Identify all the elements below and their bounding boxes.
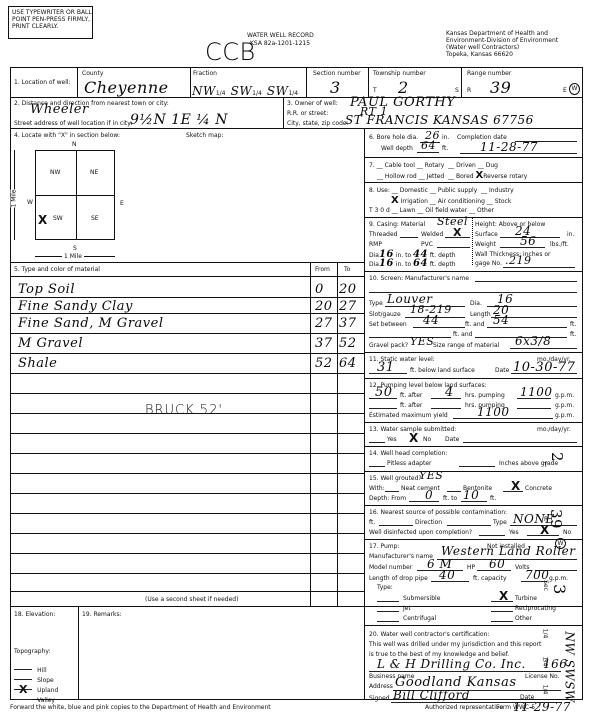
gpm-unit-2: g.p.m. [555,402,574,409]
agency-line: Topeka, Kansas 66620 [446,51,558,58]
material-from: 0 [315,282,324,297]
with-label: With: [369,485,385,492]
mile-vertical: 1 Mile [10,190,17,208]
type-turbine: Turbine [515,595,537,602]
sample-no: No [423,436,431,443]
material-name: Fine Sandy Clay [18,299,133,314]
drill-method[interactable]: 7. __ Cable tool __ Rotary __ Driven __ … [369,162,498,169]
opt-dug: Dug [486,162,498,169]
model-label: Model number [369,564,412,571]
street-label: Street address of well location if in ci… [14,120,132,127]
county-value[interactable]: Cheyenne [84,78,169,97]
opt-lawn: Lawn [400,207,416,214]
material-to: 27 [339,299,357,314]
use-margin-note: T 3 0 d [369,207,390,214]
well-depth[interactable]: 64 [421,139,436,152]
sample-date-label: Date [445,436,459,443]
drop-pipe-label: Length of drop pipe [369,575,428,582]
quad-se: SE [91,215,99,222]
contam-direction: Direction [415,519,442,526]
section-label: Section number [313,70,361,77]
fraction-q2: SW [231,84,253,98]
sketch-label: Sketch map: [186,132,223,139]
nearest-town[interactable]: Wheeler [30,102,89,117]
margin-section: 3 [550,584,569,595]
size-range-label: Size range of material [433,342,499,349]
rr-label: R.R. or street: [287,110,328,117]
range-label: Range number [467,70,511,77]
margin-range: 39 [547,509,565,529]
drill-method-row2[interactable]: __ Hollow rod __ Jetted __ Bored XRevers… [377,172,527,180]
use-row3[interactable]: T 3 0 d __ Lawn __ Oil field water __ Ot… [369,207,494,214]
type-jet[interactable]: Jet [403,605,411,612]
threaded-label: Threaded [369,231,397,238]
weight-unit: lbs./ft. [550,241,569,248]
gravel-label: Gravel pack? [369,342,408,349]
depth-ft: ft. [442,145,448,152]
set-ft-2: ft. [570,331,576,338]
screen-label: 10. Screen: Manufacturer's name [369,275,469,282]
opt-driven: Driven [456,162,476,169]
length-label: Length [470,311,491,318]
fraction-q3: SW [267,84,289,98]
hp-value[interactable]: 60 [489,557,505,571]
pvc-label: PVC [421,241,433,248]
material-name: Top Soil [18,282,75,297]
fraction-q1: NW [192,84,216,98]
opt-irrigation: Irrigation [401,198,428,205]
contamination-label: 16. Nearest source of possible contamina… [369,509,507,516]
opt-reverse: Reverse rotary [483,173,527,180]
material-to: 37 [339,316,357,331]
set-from[interactable]: 44 [423,313,439,327]
quarter-label: 1/4 [288,90,298,97]
screen-dia-label: Dia. [470,300,482,307]
pump-label: 17. Pump: [369,543,399,550]
location-mark: X [38,213,47,227]
drop-pipe-value[interactable]: 40 [439,568,455,582]
remarks-field[interactable] [80,620,362,698]
quarter-label: 1/4 [252,90,262,97]
material-from: 37 [315,336,333,351]
material-from: 52 [315,356,333,371]
max-yield-label: Estimated maximum yield [369,412,448,419]
material-to: 52 [339,336,357,351]
ft-after-2: ft. after [400,402,422,409]
grout-ft-to: ft. to [443,495,457,502]
completion-date[interactable]: 11-28-77 [480,140,538,154]
material-name: M Gravel [18,336,83,351]
use-label: 8. Use: [369,187,390,194]
fraction-label: Fraction [193,70,217,77]
opt-jetted: Jetted [427,173,445,180]
set-ft: ft. [570,321,576,328]
instruction-line: POINT PEN-PRESS FIRMLY, [12,16,89,23]
valley-mark: X [19,683,27,696]
grouted-label: 15. Well grouted? [369,475,422,482]
max-yield[interactable]: 1100 [477,405,510,419]
material-from: 27 [315,316,333,331]
material-name: Fine Sand, M Gravel [18,316,163,331]
opt-cable: Cable tool [385,162,415,169]
range-e: E [563,87,567,94]
gage-value[interactable]: .219 [505,254,532,267]
weight-label: Weight [475,241,496,248]
opt-stock: Stock [495,198,512,205]
form-number: Form WWC-5 [496,704,535,711]
second-sheet-note: (Use a second sheet if needed) [145,596,238,603]
surface-in: in. [567,231,574,238]
dia-label: Dia [369,252,379,259]
neat-cement[interactable]: Neat cement [401,485,440,492]
remarks-label: 19. Remarks: [82,611,122,618]
address-label: Address [369,683,393,690]
depth-label: Well depth [381,145,413,152]
sample-no-mark[interactable]: X [409,431,418,445]
certification-label: 20. Water well contractor's certificatio… [369,631,489,638]
section-grid[interactable]: NW NE SW SE X [35,150,115,240]
size-range-value[interactable]: 6x3/8 [515,334,551,348]
sample-mdy: mo./day/yr. [537,426,571,433]
bore-in: in. [442,134,449,141]
township-label: Township number [373,70,426,77]
opt-other: Other [477,207,494,214]
locate-label: 4. Locate with "X" in section below: [14,132,120,139]
business-name[interactable]: L & H Drilling Co. Inc. [377,657,526,671]
set-between-label: Set between [369,321,407,328]
irrigation-mark: X [391,195,399,206]
topo-valley[interactable]: ValleyX [14,687,58,697]
grout-ft: ft. [490,495,496,502]
instruction-line: USE TYPEWRITER OR BALL [12,9,89,16]
margin-t-label: T [544,462,548,469]
surface-label: Surface [475,231,498,238]
disinfected-yes[interactable]: Yes [509,529,519,536]
opt-rotary: Rotary [425,162,445,169]
to2-value: 64 [413,258,428,269]
use-row1[interactable]: 8. Use: __ Domestic __ Public supply __ … [369,187,514,194]
city-label: City, state, zip code: [287,120,349,127]
elevation-label: 18. Elevation: [14,611,55,618]
ft-depth: ft. depth [430,261,456,268]
contam-ft: ft. [369,519,375,526]
wellhead-label: 14. Well head completion: [369,450,447,457]
ft-and: ft. and [465,321,484,328]
to-header: To [344,266,350,273]
rmp-label: RMP [369,241,382,248]
form-statute: KSA 82a-1201-1215 [250,40,310,47]
compass-w: W [27,199,33,206]
gpm-unit-3: g.p.m. [555,412,574,419]
dia2-value: 16 [379,258,394,269]
range-r: R [467,87,471,94]
from-header: From [315,266,330,273]
grouted-value[interactable]: YES [419,469,443,482]
type-centrifugal[interactable]: Centrifugal [403,615,436,622]
material-annotation: BRUCK 52' [145,403,223,418]
use-row2[interactable]: X Irrigation __ Air conditioning __ Stoc… [391,197,511,205]
ft-and-2: ft. and [453,331,472,338]
range-w-circled[interactable]: W [569,83,580,95]
grout-to[interactable]: 10 [463,488,479,502]
margin-quarter: 1/4 [541,685,548,695]
authorized-rep-label: Authorized representative [425,704,503,711]
set-to[interactable]: 54 [493,313,509,327]
welded-label: Welded [421,231,443,238]
opt-hollow: Hollow rod [385,173,417,180]
instructions-box: USE TYPEWRITER OR BALL POINT PEN-PRESS F… [8,6,93,39]
compass-e: E [120,200,124,207]
township-s: S [455,87,459,94]
ft-after: ft. after [400,392,422,399]
agency-line: (Water well Contractors) [446,44,558,51]
below-surface: ft. below land surface [410,367,475,374]
agency-block: Kansas Department of Health and Environm… [446,30,558,58]
agency-line: Kansas Department of Health and [446,30,558,37]
township-t: T [373,87,377,94]
range-value[interactable]: 39 [490,78,511,97]
margin-sec-label: Sec [542,580,549,591]
static-date-label: Date [495,367,509,374]
opt-domestic: Domestic [400,187,428,194]
topography-options: Hill Slope Upland ValleyX [14,657,58,697]
city-value[interactable]: ST FRANCIS KANSAS 67756 [345,113,534,127]
opt-bored: Bored [456,173,474,180]
gage-label: gage No. [475,260,502,267]
bore-label: 6. Bore hole dia. [369,134,418,141]
signature[interactable]: Bill Clifford [393,688,470,702]
signed-label: Signed [369,695,390,702]
pump-type-label: Type: [377,584,393,591]
type-submersible[interactable]: Submersible [403,595,440,602]
dia-label: Dia [369,261,379,268]
hp-label: HP [467,564,475,571]
owner-label: 3. Owner of well: [287,100,338,107]
opt-ac: Air conditioning [438,198,485,205]
type-other[interactable]: Other [515,615,532,622]
topo-hill[interactable]: Hill [14,657,58,667]
manufacturer-label: Manufacturer's name [369,553,433,560]
quad-sw: SW [53,215,63,222]
location-label: 1. Location of well: [14,79,71,86]
method-label: 7. [369,162,375,169]
height-label: Height: Above or below [475,221,545,228]
margin-quarter: 1/4 [541,629,548,639]
contam-type-label: Type [493,519,507,526]
pump-gpm[interactable]: 1100 [520,385,553,399]
compass-s: S [73,245,77,252]
opt-public: Public supply [438,187,477,194]
grout-depth-label: Depth: From [369,495,406,502]
material-to: 64 [339,356,357,371]
screen-type-label: Type [369,300,383,307]
quad-ne: NE [90,169,98,176]
material-name: Shale [18,356,57,371]
in-to: in. to [396,261,411,268]
section-value[interactable]: 3 [330,78,341,97]
quad-nw: NW [50,169,60,176]
gravel-value[interactable]: YES [410,335,434,348]
sample-yes[interactable]: Yes [387,436,397,443]
grout-from[interactable]: 0 [425,488,433,502]
quarter-label: 1/4 [216,90,226,97]
topography-label: Topography: [14,648,51,655]
material-to: 20 [339,282,357,297]
gpm-unit: g.p.m. [555,392,574,399]
mile-horizontal: 1 Mile [62,253,84,260]
agency-line: Environment-Division of Environment [446,37,558,44]
disinfected-label: Well disinfected upon completion? [369,529,472,536]
weight-value[interactable]: 56 [520,234,536,248]
directions-value[interactable]: 9½N 1E ¼ N [130,112,228,128]
margin-w-circled: W [555,538,566,549]
compass-n: N [72,141,77,148]
capacity-label: ft. capacity [473,575,507,582]
casing-label: 9. Casing: Material [369,221,425,228]
initials-stamp: CCB [205,38,256,66]
margin-legal: 2 T 39 R W 3 Sec NW SWSW 1/4 1/4 1/4 [540,440,580,700]
margin-fraction: NW SWSW [563,631,577,702]
instruction-line: PRINT CLEARLY. [12,23,89,30]
material-from: 20 [315,299,333,314]
certification-line1: This well was drilled under my jurisdict… [369,641,541,648]
ft-depth: ft. depth [430,252,456,259]
material-header: 5. Type and color of material [14,266,100,273]
casing-dia-row2[interactable]: Dia16 in. to 64 ft. depth [369,260,456,268]
margin-quarter: 1/4 [541,657,548,667]
margin-township: 2 [548,452,566,462]
form-title: WATER WELL RECORD [247,32,314,39]
margin-r-label: R [544,516,548,523]
forward-note: Forward the white, blue and pink copies … [10,704,271,711]
hrs-pumping: hrs. pumping [465,392,505,399]
in-to: in. to [396,252,411,259]
opt-industry: Industry [489,187,514,194]
pitless-option[interactable]: Pitless adapter [387,460,432,467]
slot-label: Slot/gauze [369,311,401,318]
county-label: County [82,70,103,77]
opt-oilfield: Oil field water [425,207,467,214]
topo-label: Valley [37,697,55,704]
